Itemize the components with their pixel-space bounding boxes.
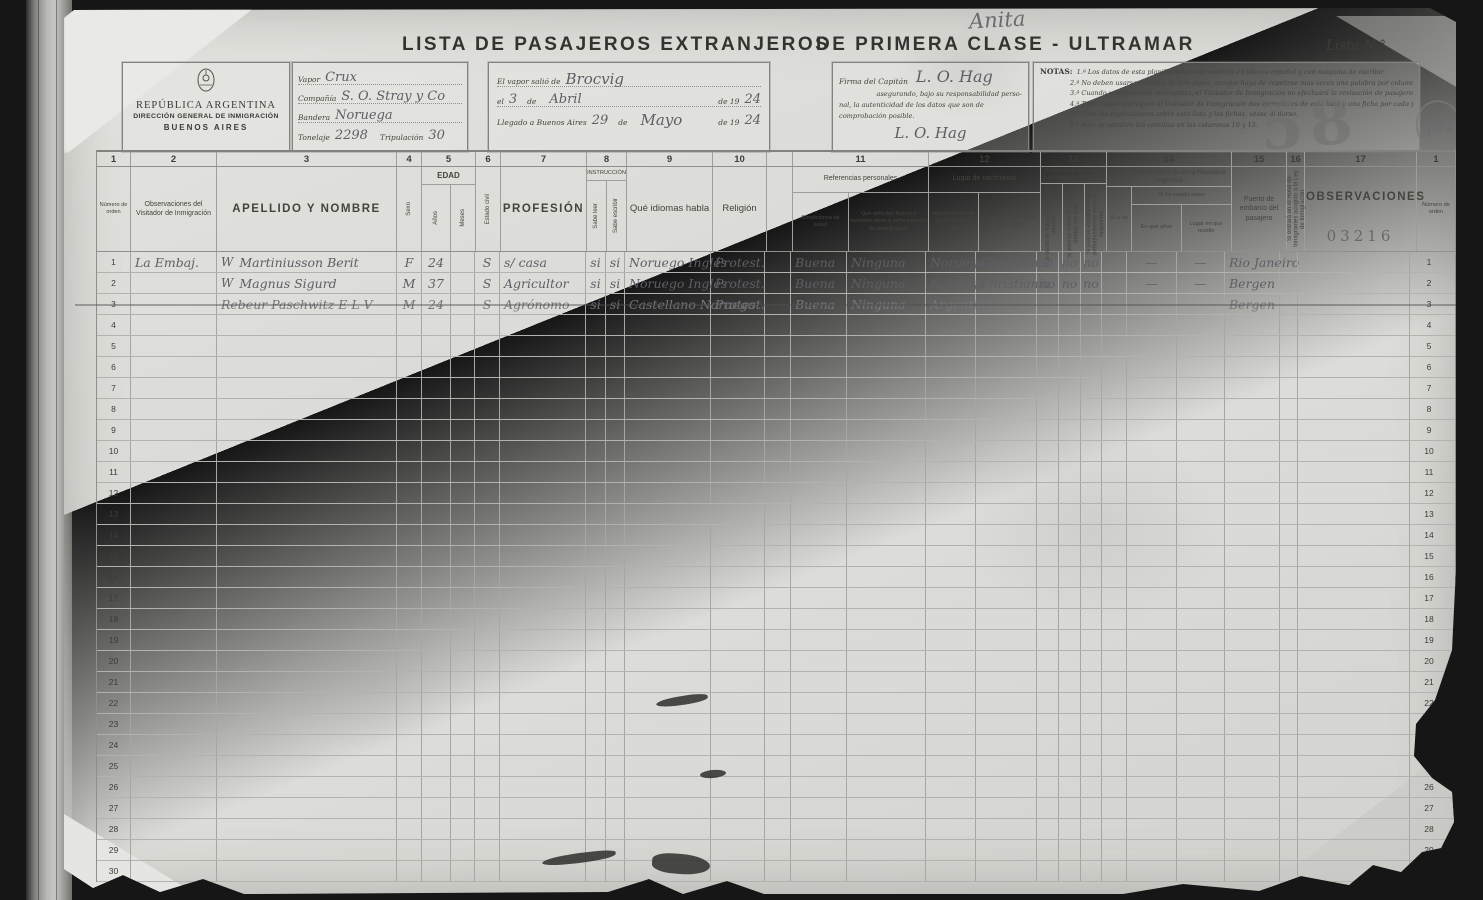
cell-p3 xyxy=(1081,399,1102,419)
cell-p1 xyxy=(1037,840,1059,860)
cell-rel xyxy=(711,567,765,587)
cell-port xyxy=(1225,840,1280,860)
cell-defect xyxy=(847,693,926,713)
cell-name xyxy=(217,798,397,818)
cell-lang xyxy=(625,504,711,524)
cell-n: 11 xyxy=(97,462,131,482)
cell-p2 xyxy=(1059,756,1081,776)
cell-n2: 27 xyxy=(1410,798,1448,818)
table-row: 2828 xyxy=(97,819,1455,840)
cell-defect xyxy=(847,336,926,356)
cell-name xyxy=(217,315,397,335)
cell-n2: 22 xyxy=(1410,693,1448,713)
cell-place_b xyxy=(1177,525,1225,545)
cell-months xyxy=(451,357,475,377)
cell-obsv xyxy=(1298,567,1410,587)
cell-hotel xyxy=(1280,525,1298,545)
cell-rel xyxy=(711,609,765,629)
cell-prov xyxy=(976,861,1037,881)
cell-gap xyxy=(765,357,791,377)
cell-p1 xyxy=(1037,798,1059,818)
header-provincia: Provincia o ciudad en que nació xyxy=(979,193,1040,251)
cell-prov xyxy=(976,672,1037,692)
cell-p1 xyxy=(1037,336,1059,356)
cell-before xyxy=(1102,378,1127,398)
cell-prof xyxy=(500,714,586,734)
cell-gap xyxy=(765,525,791,545)
cell-nation xyxy=(926,420,976,440)
cell-place_b xyxy=(1177,462,1225,482)
cell-prof xyxy=(500,609,586,629)
cell-rel xyxy=(711,315,765,335)
cell-write xyxy=(606,756,625,776)
cell-n: 25 xyxy=(97,756,131,776)
cell-hotel xyxy=(1280,714,1298,734)
cell-obsv xyxy=(1298,588,1410,608)
cell-hotel xyxy=(1280,630,1298,650)
header-nacion: Nación dentro de cuyas fronteras nació xyxy=(929,193,979,251)
cell-p3 xyxy=(1081,336,1102,356)
cell-health: Buena xyxy=(791,294,847,314)
column-number: 12 xyxy=(929,152,1041,166)
cell-gap xyxy=(765,420,791,440)
cell-obs xyxy=(131,273,217,293)
cell-rel xyxy=(711,588,765,608)
cell-prof xyxy=(500,798,586,818)
cell-obsv xyxy=(1298,756,1410,776)
cell-hotel xyxy=(1280,357,1298,377)
document-title-right: DE PRIMERA CLASE - ULTRAMAR xyxy=(816,34,1195,56)
cell-health xyxy=(791,693,847,713)
cell-prov xyxy=(976,315,1037,335)
cell-rel xyxy=(711,483,765,503)
ship-info-box: Vapor Crux Compañía S. O. Stray y Co Ban… xyxy=(292,62,468,152)
cell-place_b xyxy=(1177,315,1225,335)
cell-gap xyxy=(765,483,791,503)
cell-port xyxy=(1225,777,1280,797)
cell-obsv xyxy=(1298,735,1410,755)
cell-defect xyxy=(847,798,926,818)
cell-civil xyxy=(475,777,500,797)
cell-name xyxy=(217,693,397,713)
cell-name xyxy=(217,672,397,692)
header-estado-civil: Estado civil xyxy=(476,167,501,251)
cell-defect xyxy=(847,462,926,482)
table-row: 55 xyxy=(97,336,1455,357)
table-row: 2727 xyxy=(97,798,1455,819)
cell-write xyxy=(606,609,625,629)
header-sabe-escribir: Sabe escribir xyxy=(607,181,626,251)
cell-defect: Ninguna xyxy=(847,273,926,293)
visitador-check-mark: W xyxy=(221,255,233,269)
cell-p3 xyxy=(1081,483,1102,503)
cell-health xyxy=(791,840,847,860)
cell-rel: Protest. xyxy=(711,252,765,272)
table-row: 2323 xyxy=(97,714,1455,735)
cell-write xyxy=(606,504,625,524)
cell-prov xyxy=(976,819,1037,839)
cell-years_b xyxy=(1127,735,1177,755)
cell-obs xyxy=(131,714,217,734)
cell-place_b xyxy=(1177,441,1225,461)
cell-health xyxy=(791,378,847,398)
issuing-agency-box: REPÚBLICA ARGENTINA DIRECCIÓN GENERAL DE… xyxy=(122,62,290,152)
cell-obs xyxy=(131,315,217,335)
cell-obsv xyxy=(1298,861,1410,881)
cell-civil xyxy=(475,315,500,335)
cell-obsv xyxy=(1298,294,1410,314)
cell-read xyxy=(586,588,606,608)
cell-p1 xyxy=(1037,378,1059,398)
cell-sex xyxy=(397,756,422,776)
cell-civil xyxy=(475,441,500,461)
cell-before xyxy=(1102,315,1127,335)
table-row: 3Rebeur Paschwitz E L VM24SAgrónomosisiC… xyxy=(97,294,1455,315)
cell-sex: M xyxy=(397,294,422,314)
cell-sex xyxy=(397,588,422,608)
cell-obsv xyxy=(1298,336,1410,356)
cell-p2: no xyxy=(1059,273,1081,293)
cell-sex: F xyxy=(397,252,422,272)
cell-p1 xyxy=(1037,483,1059,503)
cell-p3 xyxy=(1081,357,1102,377)
cell-p1 xyxy=(1037,462,1059,482)
cell-civil xyxy=(475,840,500,860)
cell-hotel xyxy=(1280,735,1298,755)
cell-health xyxy=(791,609,847,629)
cell-before xyxy=(1102,588,1127,608)
header-defectos: Qué defectos físicos o mentales tiene o … xyxy=(849,193,928,251)
cell-obs xyxy=(131,735,217,755)
cell-p2 xyxy=(1059,693,1081,713)
cell-sex xyxy=(397,672,422,692)
cell-port xyxy=(1225,672,1280,692)
cell-n2: 13 xyxy=(1410,504,1448,524)
nota-1: 1.ª Los datos de esta planilla deben ser… xyxy=(1077,67,1413,78)
cell-obs xyxy=(131,462,217,482)
cell-place_b xyxy=(1177,798,1225,818)
cell-prov xyxy=(976,567,1037,587)
cell-years xyxy=(422,399,451,419)
cell-months xyxy=(451,840,475,860)
cell-obs xyxy=(131,840,217,860)
cell-p1 xyxy=(1037,714,1059,734)
cell-nation xyxy=(926,378,976,398)
cell-n: 28 xyxy=(97,819,131,839)
agency-name: DIRECCIÓN GENERAL DE INMIGRACIÓN xyxy=(123,113,289,120)
cell-gap xyxy=(765,735,791,755)
cell-months xyxy=(451,525,475,545)
cell-obsv xyxy=(1298,483,1410,503)
cell-prov xyxy=(976,756,1037,776)
cell-obs xyxy=(131,651,217,671)
header-numero-der: Número de orden xyxy=(1417,167,1455,251)
cell-read xyxy=(586,420,606,440)
table-row: 2WMagnus SigurdM37SAgricultorsisiNoruego… xyxy=(97,273,1455,294)
cell-prof xyxy=(500,378,586,398)
cell-write xyxy=(606,336,625,356)
cell-hotel xyxy=(1280,651,1298,671)
cell-years_b xyxy=(1127,693,1177,713)
cell-defect xyxy=(847,756,926,776)
cell-before xyxy=(1102,504,1127,524)
cell-before xyxy=(1102,819,1127,839)
cell-port xyxy=(1225,525,1280,545)
column-number: 6 xyxy=(476,152,501,166)
header-religion: Religión xyxy=(713,167,767,251)
cell-hotel xyxy=(1280,546,1298,566)
cell-prov xyxy=(976,420,1037,440)
cell-n2: 26 xyxy=(1410,777,1448,797)
column-number: 17 xyxy=(1305,152,1417,166)
cell-years xyxy=(422,777,451,797)
cell-name xyxy=(217,756,397,776)
cell-p2 xyxy=(1059,861,1081,881)
cell-before xyxy=(1102,546,1127,566)
cell-port xyxy=(1225,735,1280,755)
cell-obsv xyxy=(1298,525,1410,545)
cell-obs xyxy=(131,357,217,377)
cell-months xyxy=(451,462,475,482)
cell-years xyxy=(422,462,451,482)
cell-obsv xyxy=(1298,315,1410,335)
cell-defect xyxy=(847,315,926,335)
cell-lang xyxy=(625,567,711,587)
cell-rel xyxy=(711,525,765,545)
cell-p1 xyxy=(1037,651,1059,671)
cell-p2: no xyxy=(1059,252,1081,272)
header-instruccion-group: INSTRUCCIÓN Sabe leer Sabe escribir xyxy=(587,167,627,251)
cell-gap xyxy=(765,315,791,335)
cell-lang: Castellano Noruego xyxy=(625,294,711,314)
cell-lang xyxy=(625,840,711,860)
cell-hotel xyxy=(1280,294,1298,314)
cell-years_b xyxy=(1127,714,1177,734)
cell-years_b xyxy=(1127,336,1177,356)
cell-hotel xyxy=(1280,420,1298,440)
header-observaciones: OBSERVACIONES 03216 xyxy=(1305,167,1417,251)
cell-gap xyxy=(765,609,791,629)
cell-port xyxy=(1225,399,1280,419)
cell-defect: Ninguna xyxy=(847,294,926,314)
cell-nation xyxy=(926,798,976,818)
cell-n2: 28 xyxy=(1410,819,1448,839)
cell-before xyxy=(1102,777,1127,797)
cell-before xyxy=(1102,567,1127,587)
cell-n2: 19 xyxy=(1410,630,1448,650)
cell-nation xyxy=(926,672,976,692)
cell-n2: 23 xyxy=(1410,714,1448,734)
cell-lang xyxy=(625,861,711,881)
cell-months xyxy=(451,567,475,587)
cell-n: 15 xyxy=(97,546,131,566)
cell-nation xyxy=(926,525,976,545)
cell-p1 xyxy=(1037,609,1059,629)
cell-lang xyxy=(625,735,711,755)
cell-place_b: — xyxy=(1177,273,1225,293)
cell-lang xyxy=(625,588,711,608)
cell-gap xyxy=(765,651,791,671)
cell-nation xyxy=(926,315,976,335)
cell-nation: Noruega xyxy=(926,273,976,293)
cell-defect xyxy=(847,672,926,692)
header-profesion: PROFESIÓN xyxy=(501,167,587,251)
cell-port xyxy=(1225,357,1280,377)
cell-p2 xyxy=(1059,525,1081,545)
cell-gap xyxy=(765,378,791,398)
cell-hotel xyxy=(1280,567,1298,587)
cell-gap xyxy=(765,798,791,818)
cell-name: WMartiniusson Berit xyxy=(217,252,397,272)
cell-before xyxy=(1102,651,1127,671)
cell-health xyxy=(791,462,847,482)
cell-civil xyxy=(475,819,500,839)
cell-obsv xyxy=(1298,798,1410,818)
cell-name xyxy=(217,420,397,440)
cell-gap xyxy=(765,861,791,881)
cell-p2 xyxy=(1059,672,1081,692)
cell-years_b xyxy=(1127,546,1177,566)
cell-nation xyxy=(926,336,976,356)
cell-defect xyxy=(847,819,926,839)
cell-years xyxy=(422,819,451,839)
bandera-value: Noruega xyxy=(335,109,393,122)
cell-before xyxy=(1102,840,1127,860)
cell-n2: 7 xyxy=(1410,378,1448,398)
cell-civil xyxy=(475,546,500,566)
cell-p3 xyxy=(1081,567,1102,587)
cell-months xyxy=(451,651,475,671)
cell-n2: 12 xyxy=(1410,483,1448,503)
table-row: 2222 xyxy=(97,693,1455,714)
cell-p3 xyxy=(1081,819,1102,839)
cell-n2: 21 xyxy=(1410,672,1448,692)
cell-years_b: — xyxy=(1127,252,1177,272)
cell-read xyxy=(586,357,606,377)
cell-obsv xyxy=(1298,252,1410,272)
cell-health xyxy=(791,777,847,797)
cell-months xyxy=(451,714,475,734)
cell-prof xyxy=(500,672,586,692)
cell-gap xyxy=(765,399,791,419)
cell-obsv xyxy=(1298,630,1410,650)
cell-years_b xyxy=(1127,483,1177,503)
cell-prof: Agrónomo xyxy=(500,294,586,314)
cell-health xyxy=(791,714,847,734)
cell-place_b xyxy=(1177,777,1225,797)
cell-years xyxy=(422,651,451,671)
table-row: 1616 xyxy=(97,567,1455,588)
cell-lang xyxy=(625,462,711,482)
llegada-dia-value: 29 xyxy=(592,114,609,127)
cell-years xyxy=(422,567,451,587)
header-edad-group: EDAD Años Meses xyxy=(422,167,476,251)
cell-prof xyxy=(500,546,586,566)
cell-p3 xyxy=(1081,546,1102,566)
cell-health xyxy=(791,735,847,755)
cell-civil xyxy=(475,525,500,545)
cell-nation xyxy=(926,567,976,587)
cell-p3 xyxy=(1081,861,1102,881)
cell-nation xyxy=(926,357,976,377)
cell-before xyxy=(1102,294,1127,314)
cell-nation xyxy=(926,399,976,419)
cell-p3 xyxy=(1081,462,1102,482)
cell-gap xyxy=(765,840,791,860)
cell-p1 xyxy=(1037,294,1059,314)
cell-n2: 5 xyxy=(1410,336,1448,356)
cell-port xyxy=(1225,693,1280,713)
cell-months xyxy=(451,315,475,335)
cell-p2 xyxy=(1059,546,1081,566)
cell-read xyxy=(586,525,606,545)
cell-read: si xyxy=(586,273,606,293)
cell-years_b xyxy=(1127,441,1177,461)
cell-years_b xyxy=(1127,651,1177,671)
cell-lang xyxy=(625,399,711,419)
cell-obsv xyxy=(1298,819,1410,839)
cell-obs xyxy=(131,546,217,566)
cell-obs xyxy=(131,483,217,503)
cell-n2: 1 xyxy=(1410,252,1448,272)
header-apellido-nombre: APELLIDO Y NOMBRE xyxy=(217,167,397,251)
captain-signature-box: Firma del Capitán L. O. Hag asegurando, … xyxy=(832,62,1029,152)
cell-obs xyxy=(131,798,217,818)
cell-p1 xyxy=(1037,693,1059,713)
cell-years_b xyxy=(1127,420,1177,440)
cell-civil xyxy=(475,672,500,692)
cell-gap xyxy=(765,546,791,566)
cell-before xyxy=(1102,462,1127,482)
cell-obsv xyxy=(1298,399,1410,419)
cell-years xyxy=(422,546,451,566)
cell-p1 xyxy=(1037,672,1059,692)
cell-hotel xyxy=(1280,798,1298,818)
cell-n2: 11 xyxy=(1410,462,1448,482)
cell-p2 xyxy=(1059,567,1081,587)
header-idiomas: Qué idiomas habla xyxy=(627,167,713,251)
cell-p3 xyxy=(1081,588,1102,608)
cell-lang xyxy=(625,819,711,839)
passenger-table: 12345678910111213141516171 Número de ord… xyxy=(96,150,1456,882)
cell-name xyxy=(217,630,397,650)
column-number: 1 xyxy=(97,152,131,166)
cell-read xyxy=(586,798,606,818)
cell-rel xyxy=(711,735,765,755)
cell-obsv xyxy=(1298,462,1410,482)
table-row: 1212 xyxy=(97,483,1455,504)
cell-lang xyxy=(625,525,711,545)
cell-health xyxy=(791,546,847,566)
cell-nation: Noruega xyxy=(926,252,976,272)
notes-box: NOTAS: 1.ª Los datos de esta planilla de… xyxy=(1033,62,1420,152)
cell-n2: 8 xyxy=(1410,399,1448,419)
nota-2: 2.ª No deben usarse comillas ni otro sig… xyxy=(1040,78,1413,89)
cell-rel xyxy=(711,378,765,398)
cell-health xyxy=(791,336,847,356)
cell-years_b: — xyxy=(1127,273,1177,293)
cell-lang xyxy=(625,609,711,629)
cell-defect xyxy=(847,588,926,608)
cell-read xyxy=(586,630,606,650)
cell-prof xyxy=(500,525,586,545)
table-row: 1515 xyxy=(97,546,1455,567)
cell-before xyxy=(1102,735,1127,755)
cell-n: 27 xyxy=(97,798,131,818)
scanned-document: LISTA DE PASAJEROS EXTRANJEROS DE PRIMER… xyxy=(0,0,1483,900)
column-number: 7 xyxy=(501,152,587,166)
column-number: 16 xyxy=(1287,152,1305,166)
